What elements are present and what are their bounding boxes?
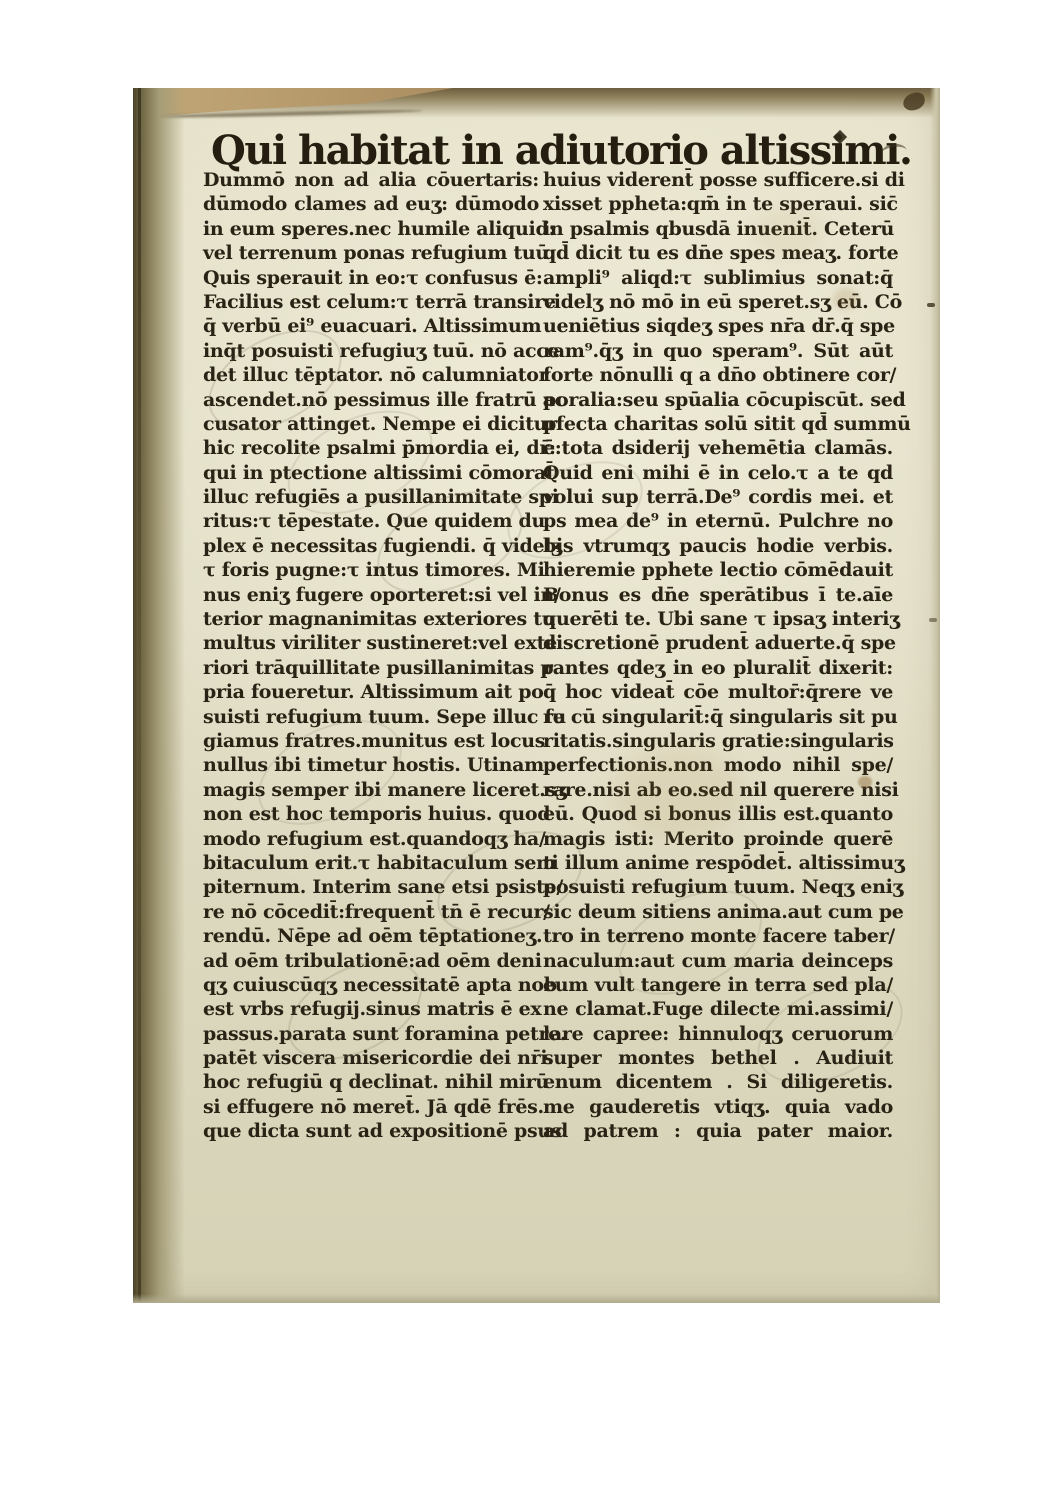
text-line: in psalmis qbusdā inuenit̄. Ceterū	[543, 217, 893, 241]
text-line: super montes bethel . Audiuit	[543, 1046, 893, 1070]
text-line: Facilius est celum:τ terrā transire	[203, 290, 539, 314]
text-line: patēt viscera misericordie dei nr̄i.	[203, 1046, 539, 1070]
text-line: non est hoc temporis huius. quod	[203, 802, 539, 826]
text-line: querēti te. Ubi sane τ ipsaʒ interiʒ	[543, 607, 893, 631]
text-line: perfectionis.non modo nihil spe/	[543, 753, 893, 777]
text-line: poralia:seu spūalia cōcupiscūt. sed	[543, 388, 893, 412]
text-line: hoc refugiū q declinat. nihil mirū	[203, 1070, 539, 1094]
text-line: est vrbs refugij.sinus matris ē ex	[203, 997, 539, 1021]
text-line: illuc refugiēs a pusillanimitate spi	[203, 485, 539, 509]
text-line: multus viriliter sustineret:vel exte	[203, 631, 539, 655]
text-line: terior magnanimitas exteriores tu	[203, 607, 539, 631]
text-line: plex ē necessitas fugiendi. q̄ videlʒ	[203, 534, 539, 558]
text-line: vel terrenum ponas refugium tuū.	[203, 241, 539, 265]
edge-ink-tick	[929, 618, 937, 622]
text-line: pria foueretur. Altissimum ait po	[203, 680, 539, 704]
text-line: que dicta sunt ad expositionē psus	[203, 1119, 539, 1143]
text-line: nus eniʒ fugere oporteret:si vel in/	[203, 583, 539, 607]
text-line: xisset ppheta:qm̄ in te speraui. sic̄	[543, 192, 893, 216]
text-line: re cū singularit̄:q̄ singularis sit pu	[543, 705, 893, 729]
text-line: cusator attinget. Nempe ei dicitur	[203, 412, 539, 436]
text-line: hieremie pphete lectio cōmēdauit	[543, 558, 893, 582]
text-line: hic recolite psalmi p̄mordia ei, dr̄:	[203, 436, 539, 460]
text-line: ps mea de⁹ in eternū. Pulchre no	[543, 509, 893, 533]
text-line: qui in ptectione altissimi cōmorat̄	[203, 461, 539, 485]
text-line: me gauderetis vtiqʒ. quia vado	[543, 1095, 893, 1119]
text-line: rendū. Nēpe ad oēm tēptationeʒ.	[203, 924, 539, 948]
text-line: Quid eni mihi ē in celo.τ a te qd	[543, 461, 893, 485]
text-line: ritatis.singularis gratie:singularis	[543, 729, 893, 753]
text-line: tro in terreno monte facere taber/	[543, 924, 893, 948]
text-line: det illuc tēptator. nō calumniator	[203, 363, 539, 387]
text-line: inq̄t posuisti refugiuʒ tuū. nō acce	[203, 339, 539, 363]
text-line: eum vult tangere in terra sed pla/	[543, 973, 893, 997]
text-line: riori trāquillitate pusillanimitas p	[203, 656, 539, 680]
text-line: passus.parata sunt foramina petre.	[203, 1022, 539, 1046]
text-line: forte nōnulli q a dn̄o obtinere cor/	[543, 363, 893, 387]
text-line: sic deum sitiens anima.aut cum pe	[543, 900, 893, 924]
text-line: eū. Quod si bonus illis est.quanto	[543, 802, 893, 826]
paper-bottom-edge	[133, 1294, 940, 1303]
page-title: Qui habitat in adiutorio altissimi.	[211, 127, 931, 174]
text-column-left: Dummō non ad alia cōuertaris:dūmodo clam…	[203, 168, 539, 1144]
text-line: discretionē prudent̄ aduerte.q̄ spe	[543, 631, 893, 655]
text-line: huius viderent̄ posse sufficere.si di	[543, 168, 893, 192]
text-line: re nō cōcedit̄:frequent̄ tn̄ ē recur/	[203, 900, 539, 924]
paper-right-edge	[930, 88, 940, 1303]
text-line: suisti refugium tuum. Sepe illuc fu	[203, 705, 539, 729]
text-line: τ foris pugne:τ intus timores. Mi	[203, 558, 539, 582]
text-line: q̄ hoc videat̄ cōe multor̄:q̄rere ve	[543, 680, 893, 704]
text-line: piternum. Interim sane etsi psiste/	[203, 875, 539, 899]
text-line: q̄ verbū ei⁹ euacuari. Altissimum	[203, 314, 539, 338]
text-line: ueniētius siqdeʒ spes nr̄a dr̄.q̄ spe	[543, 314, 893, 338]
text-line: ē:tota dsiderij vehemētia clamās.	[543, 436, 893, 460]
text-line: pfecta charitas solū sitit qd̄ summū	[543, 412, 893, 436]
text-line: ampli⁹ aliqd:τ sublimius sonat:q̄	[543, 266, 893, 290]
text-line: ad oēm tribulationē:ad oēm deni	[203, 949, 539, 973]
text-line: bitaculum erit.τ habitaculum sem	[203, 851, 539, 875]
text-line: posuisti refugium tuum. Neqʒ eniʒ	[543, 875, 893, 899]
text-line: dūmodo clames ad euʒ: dūmodo	[203, 192, 539, 216]
text-line: enum dicentem . Si diligeretis.	[543, 1070, 893, 1094]
text-line: Quis sperauit in eo:τ confusus ē:	[203, 266, 539, 290]
text-line: ad patrem : quia pater maior.	[543, 1119, 893, 1143]
text-column-right: huius viderent̄ posse sufficere.si dixis…	[543, 168, 893, 1144]
text-line: naculum:aut cum maria deinceps	[543, 949, 893, 973]
text-line: ritus:τ tēpestate. Que quidem du	[203, 509, 539, 533]
text-line: ram⁹.q̄ʒ in quo speram⁹. Sūt aūt	[543, 339, 893, 363]
text-line: videlʒ nō mō in eū speret.sʒ eū. Cō	[543, 290, 893, 314]
text-line: volui sup terrā.De⁹ cordis mei. et	[543, 485, 893, 509]
text-line: nullus ibi timetur hostis. Utinam	[203, 753, 539, 777]
text-line: bis vtrumqʒ paucis hodie verbis.	[543, 534, 893, 558]
text-line: giamus fratres.munitus est locus	[203, 729, 539, 753]
scan-background: Qui habitat in adiutorio altissimi. Dumm…	[0, 0, 1060, 1500]
edge-ink-tick	[927, 303, 935, 307]
text-line: magis semper ibi manere liceret.sʒ	[203, 778, 539, 802]
text-line: rantes qdeʒ in eo pluralit̄ dixerit:	[543, 656, 893, 680]
text-line: si effugere nō meret̄. Jā qdē frēs.	[203, 1095, 539, 1119]
text-line: Dummō non ad alia cōuertaris:	[203, 168, 539, 192]
text-line: ne clamat.Fuge dilecte mi.assimi/	[543, 997, 893, 1021]
text-line: Bonus es dn̄e sperātibus ī te.aīe	[543, 583, 893, 607]
text-line: rare.nisi ab eo.sed nil querere nisi	[543, 778, 893, 802]
text-line: qd̄ dicit tu es dn̄e spes meaʒ. forte	[543, 241, 893, 265]
text-line: magis isti: Merito proinde querē	[543, 827, 893, 851]
text-line: qʒ cuiuscūqʒ necessitatē apta nob	[203, 973, 539, 997]
book-page-photo: Qui habitat in adiutorio altissimi. Dumm…	[133, 88, 940, 1303]
binding-gutter-line	[138, 88, 141, 1303]
text-line: in eum speres.nec humile aliquid:	[203, 217, 539, 241]
text-line: lare capree: hinnuloqʒ ceruorum	[543, 1022, 893, 1046]
text-line: ascendet.nō pessimus ille fratrū ac	[203, 388, 539, 412]
text-line: ti illum anime respōdet̄. altissimuʒ	[543, 851, 893, 875]
text-line: modo refugium est.quandoqʒ ha/	[203, 827, 539, 851]
